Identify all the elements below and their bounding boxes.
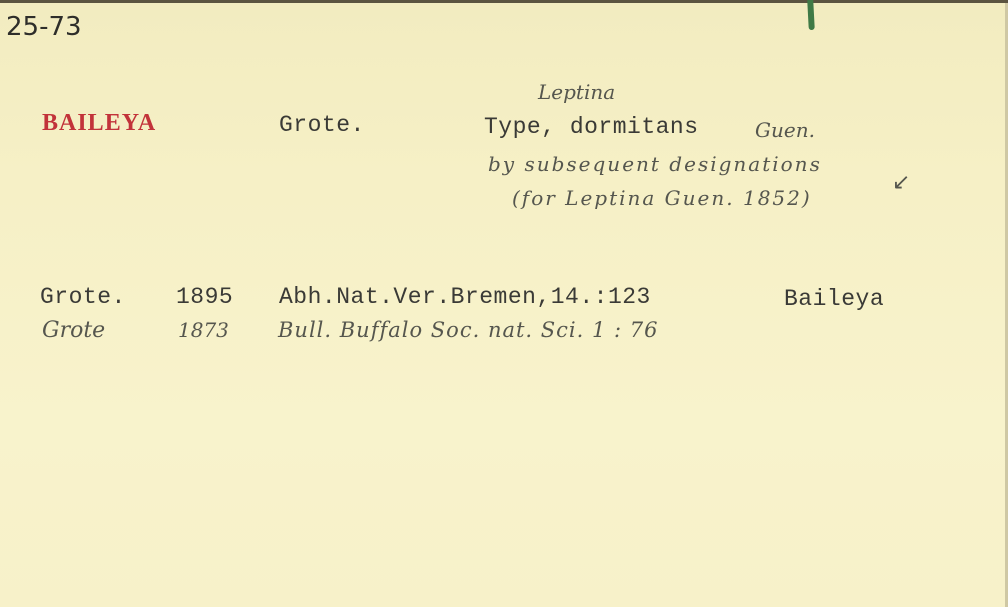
type-species-author: Guen. [755,118,815,142]
catalog-number: 25-73 [6,12,82,42]
type-species: Type, dormitans [484,114,699,140]
genus-author: Grote. [279,112,365,138]
reference-author: Grote. [40,284,126,310]
green-tab-mark [807,0,815,30]
reference-year: 1895 [176,284,233,310]
arrow-down-left-icon: ↙ [892,170,910,195]
index-card: 25-73 BAILEYA Grote. Leptina Type, dormi… [0,0,1008,607]
type-annotation: Leptina [538,80,615,104]
reference-year: 1873 [178,318,229,342]
genus-name: BAILEYA [42,110,156,137]
reference-author: Grote [42,318,105,343]
designation-line-2: (for Leptina Guen. 1852) [512,186,812,210]
designation-line-1: by subsequent designations [488,152,822,176]
reference-citation: Bull. Buffalo Soc. nat. Sci. 1 : 76 [278,318,659,342]
reference-citation: Abh.Nat.Ver.Bremen,14.:123 [279,284,651,310]
reference-name: Baileya [784,286,884,312]
